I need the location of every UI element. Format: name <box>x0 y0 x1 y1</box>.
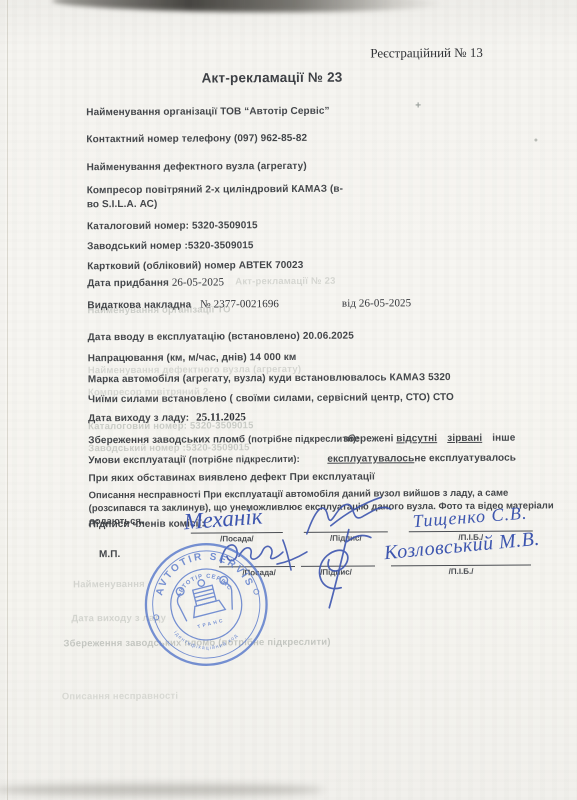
stamp-text-bottom: ідентифікаційний код <box>172 615 242 660</box>
seal-option-preserved: збережені <box>343 433 393 444</box>
field-card-number: Картковий (обліковий) номер АВТЕК 70023 <box>87 260 303 272</box>
purchase-label: Дата придбання <box>87 278 169 289</box>
field-purchase-date: Дата придбання 26-05-2025 <box>87 276 224 289</box>
field-catalog-number: Каталоговий номер: 5320-3509015 <box>87 220 258 232</box>
scan-speck: + <box>415 100 422 107</box>
conditions-note: (потрібне підкреслити): <box>189 454 300 465</box>
signature-stroke-3 <box>297 523 388 612</box>
field-defect-unit-label: Найменування дефектного вузла (агрегату) <box>87 161 307 173</box>
field-commissioning-date: Дата вводу в експлуатацію (встановлено) … <box>88 331 354 344</box>
field-installed-by: Чиїми силами встановлено ( своїми силами… <box>88 392 454 405</box>
invoice-label: Видаткова накладна <box>87 300 191 312</box>
seal-option-other: інше <box>492 433 515 444</box>
field-circumstances: При яких обставинах виявлено дефект При … <box>88 471 375 484</box>
field-car-brand: Марка автомобіля (агрегату, вузла) куди … <box>88 372 451 385</box>
scan-speck <box>534 138 537 141</box>
failure-label: Дата виходу з ладу: <box>88 413 189 425</box>
registration-number: Реєстраційний № 13 <box>370 45 483 62</box>
stamp-text-center: ТРАНС <box>197 618 226 631</box>
document-title: Акт-рекламації № 23 <box>86 69 458 86</box>
field-factory-number: Заводський номер :5320-3509015 <box>87 240 254 252</box>
field-failure-date: Дата виходу з ладу: 25.11.2025 <box>88 411 246 424</box>
document-content: Реєстраційний № 13 Акт-рекламації № 23 А… <box>0 0 577 800</box>
invoice-number: № 2377-0021696 <box>200 298 279 310</box>
seal-option-broken: зірвані <box>447 433 482 444</box>
svg-text:ідентифікаційний код: ідентифікаційний код <box>172 615 242 660</box>
stamp-place-label: М.П. <box>99 549 121 560</box>
field-organization: Найменування організації ТОВ “Автотір Се… <box>86 106 329 118</box>
condition-option-used: експлуатувалось <box>327 453 414 465</box>
failure-value: 25.11.2025 <box>196 411 246 423</box>
field-invoice: Видаткова накладна № 2377-0021696 від 26… <box>87 297 411 311</box>
field-mileage: Напрацювання (км, м/час, днів) 14 000 км <box>88 352 297 364</box>
field-defect-unit-value: Компресор повітряний 2-х циліндровий КАМ… <box>87 184 343 197</box>
field-phone: Контактний номер телефону (097) 962-85-8… <box>86 133 307 145</box>
ghost-text: Описання несправності <box>62 691 178 703</box>
conditions-label: Умови експлуатації <box>88 455 185 467</box>
invoice-from-date: від 26-05-2025 <box>342 297 411 309</box>
field-conditions: Умови експлуатації (потрібне підкреслити… <box>88 454 300 466</box>
scanned-document-page: Реєстраційний № 13 Акт-рекламації № 23 А… <box>0 0 577 800</box>
field-seals: Збереження заводських пломб (потрібне пі… <box>88 434 359 447</box>
slot-label-pib-2: /П.І.Б./ <box>423 567 499 576</box>
ghost-text: Акт-рекламації № 23 <box>235 276 335 288</box>
condition-option-not-used: не експлуатувалось <box>414 453 516 465</box>
seal-option-absent: відсутні <box>396 433 437 444</box>
field-defect-unit-value-2: во S.I.L.A. АС) <box>87 199 158 210</box>
stamp-compressor-emblem <box>174 573 237 622</box>
purchase-value: 26-05-2025 <box>172 276 224 288</box>
seals-label: Збереження заводських пломб <box>88 434 245 446</box>
